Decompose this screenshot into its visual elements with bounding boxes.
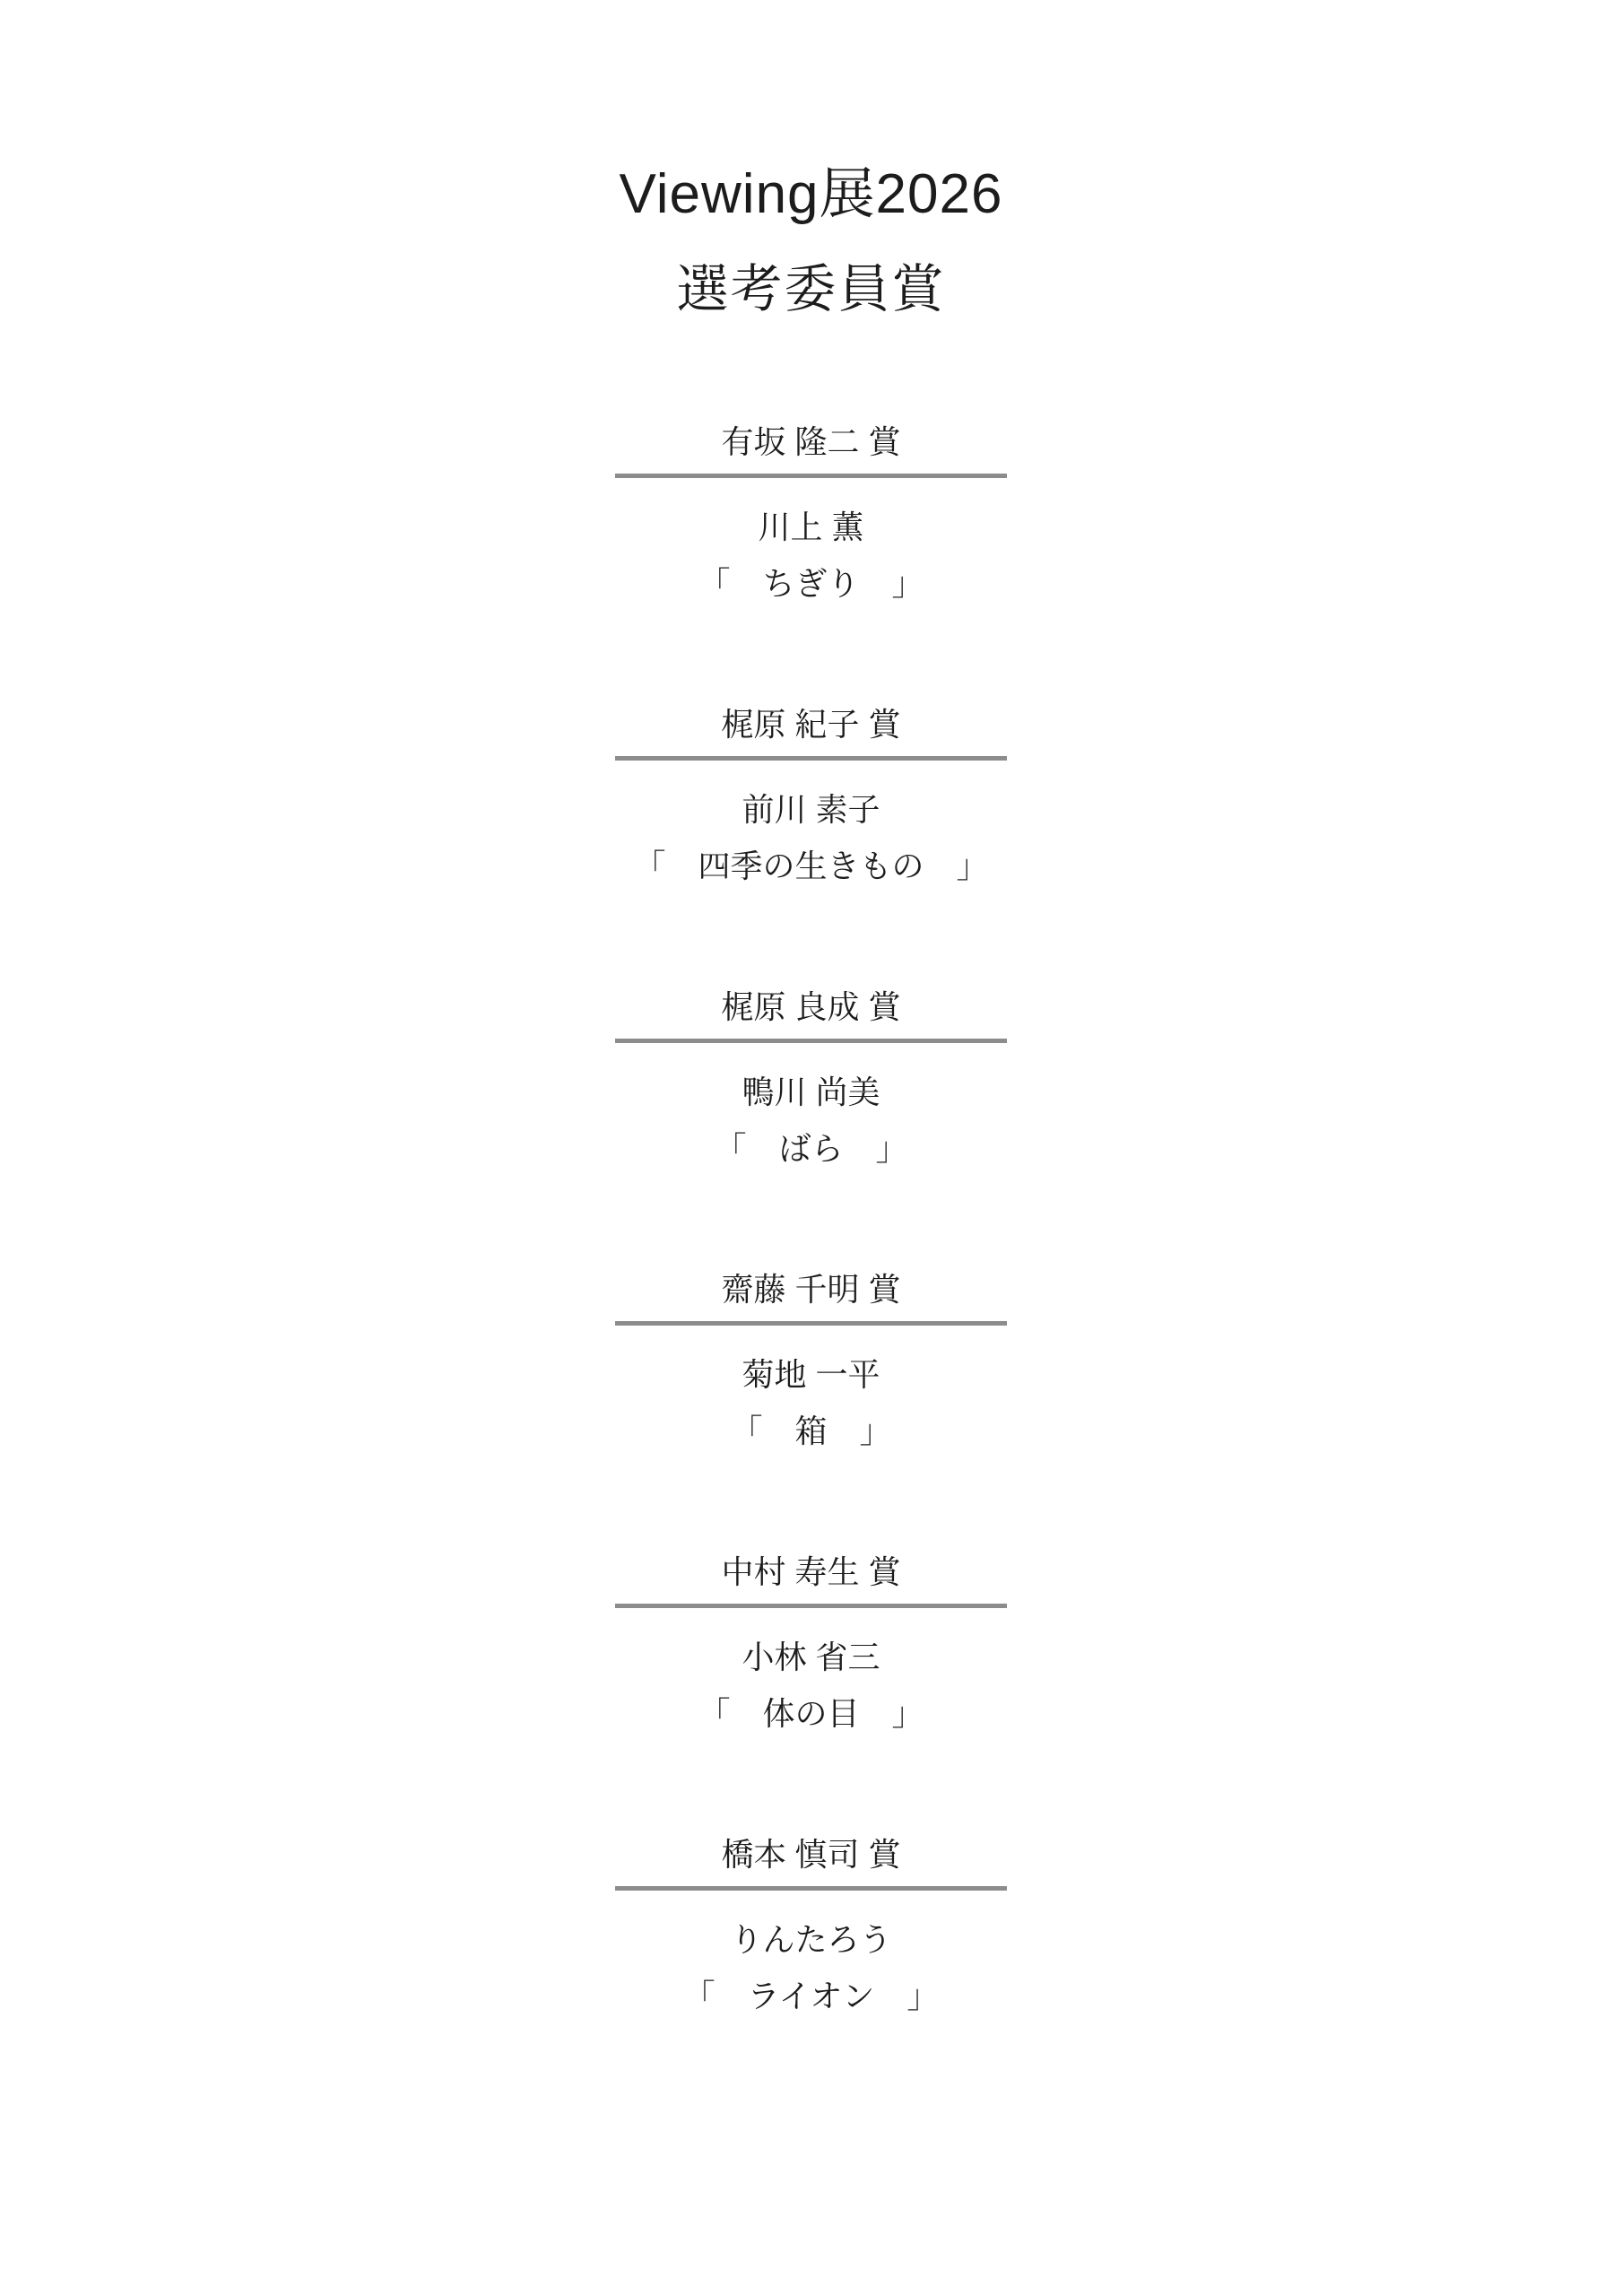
award-section: 有坂 隆二 賞 川上 薫 「 ちぎり 」	[615, 426, 1007, 600]
divider-line	[615, 1604, 1007, 1608]
work-title: 「 箱 」	[615, 1415, 1007, 1448]
winner-name: 菊地 一平	[615, 1359, 1007, 1391]
divider-line	[615, 1321, 1007, 1326]
divider-line	[615, 756, 1007, 761]
winner-name: 鴨川 尚美	[615, 1076, 1007, 1109]
award-title: 梶原 良成 賞	[615, 991, 1007, 1023]
award-title: 有坂 隆二 賞	[615, 426, 1007, 458]
divider-line	[615, 474, 1007, 478]
page-title: Viewing展2026	[0, 167, 1622, 222]
divider-line	[615, 1039, 1007, 1043]
award-title: 橋本 慎司 賞	[615, 1839, 1007, 1871]
divider-line	[615, 1886, 1007, 1891]
award-section: 梶原 紀子 賞 前川 素子 「 四季の生きもの 」	[615, 709, 1007, 883]
winner-name: 小林 省三	[615, 1641, 1007, 1674]
award-title: 梶原 紀子 賞	[615, 709, 1007, 741]
work-title: 「 ライオン 」	[615, 1980, 1007, 2013]
winner-name: 前川 素子	[615, 794, 1007, 826]
work-title: 「 体の目 」	[615, 1698, 1007, 1730]
page-subtitle: 選考委員賞	[0, 264, 1622, 316]
award-section: 梶原 良成 賞 鴨川 尚美 「 ばら 」	[615, 991, 1007, 1165]
winner-name: 川上 薫	[615, 511, 1007, 544]
award-title: 齋藤 千明 賞	[615, 1274, 1007, 1306]
document-page: Viewing展2026 選考委員賞 有坂 隆二 賞 川上 薫 「 ちぎり 」 …	[0, 0, 1622, 2296]
award-title: 中村 寿生 賞	[615, 1556, 1007, 1588]
awards-list: 有坂 隆二 賞 川上 薫 「 ちぎり 」 梶原 紀子 賞 前川 素子 「 四季の…	[615, 426, 1007, 2013]
award-section: 中村 寿生 賞 小林 省三 「 体の目 」	[615, 1556, 1007, 1730]
work-title: 「 四季の生きもの 」	[615, 850, 1007, 883]
award-section: 橋本 慎司 賞 りんたろう 「 ライオン 」	[615, 1839, 1007, 2013]
work-title: 「 ちぎり 」	[615, 568, 1007, 600]
winner-name: りんたろう	[615, 1924, 1007, 1956]
award-section: 齋藤 千明 賞 菊地 一平 「 箱 」	[615, 1274, 1007, 1448]
work-title: 「 ばら 」	[615, 1133, 1007, 1165]
